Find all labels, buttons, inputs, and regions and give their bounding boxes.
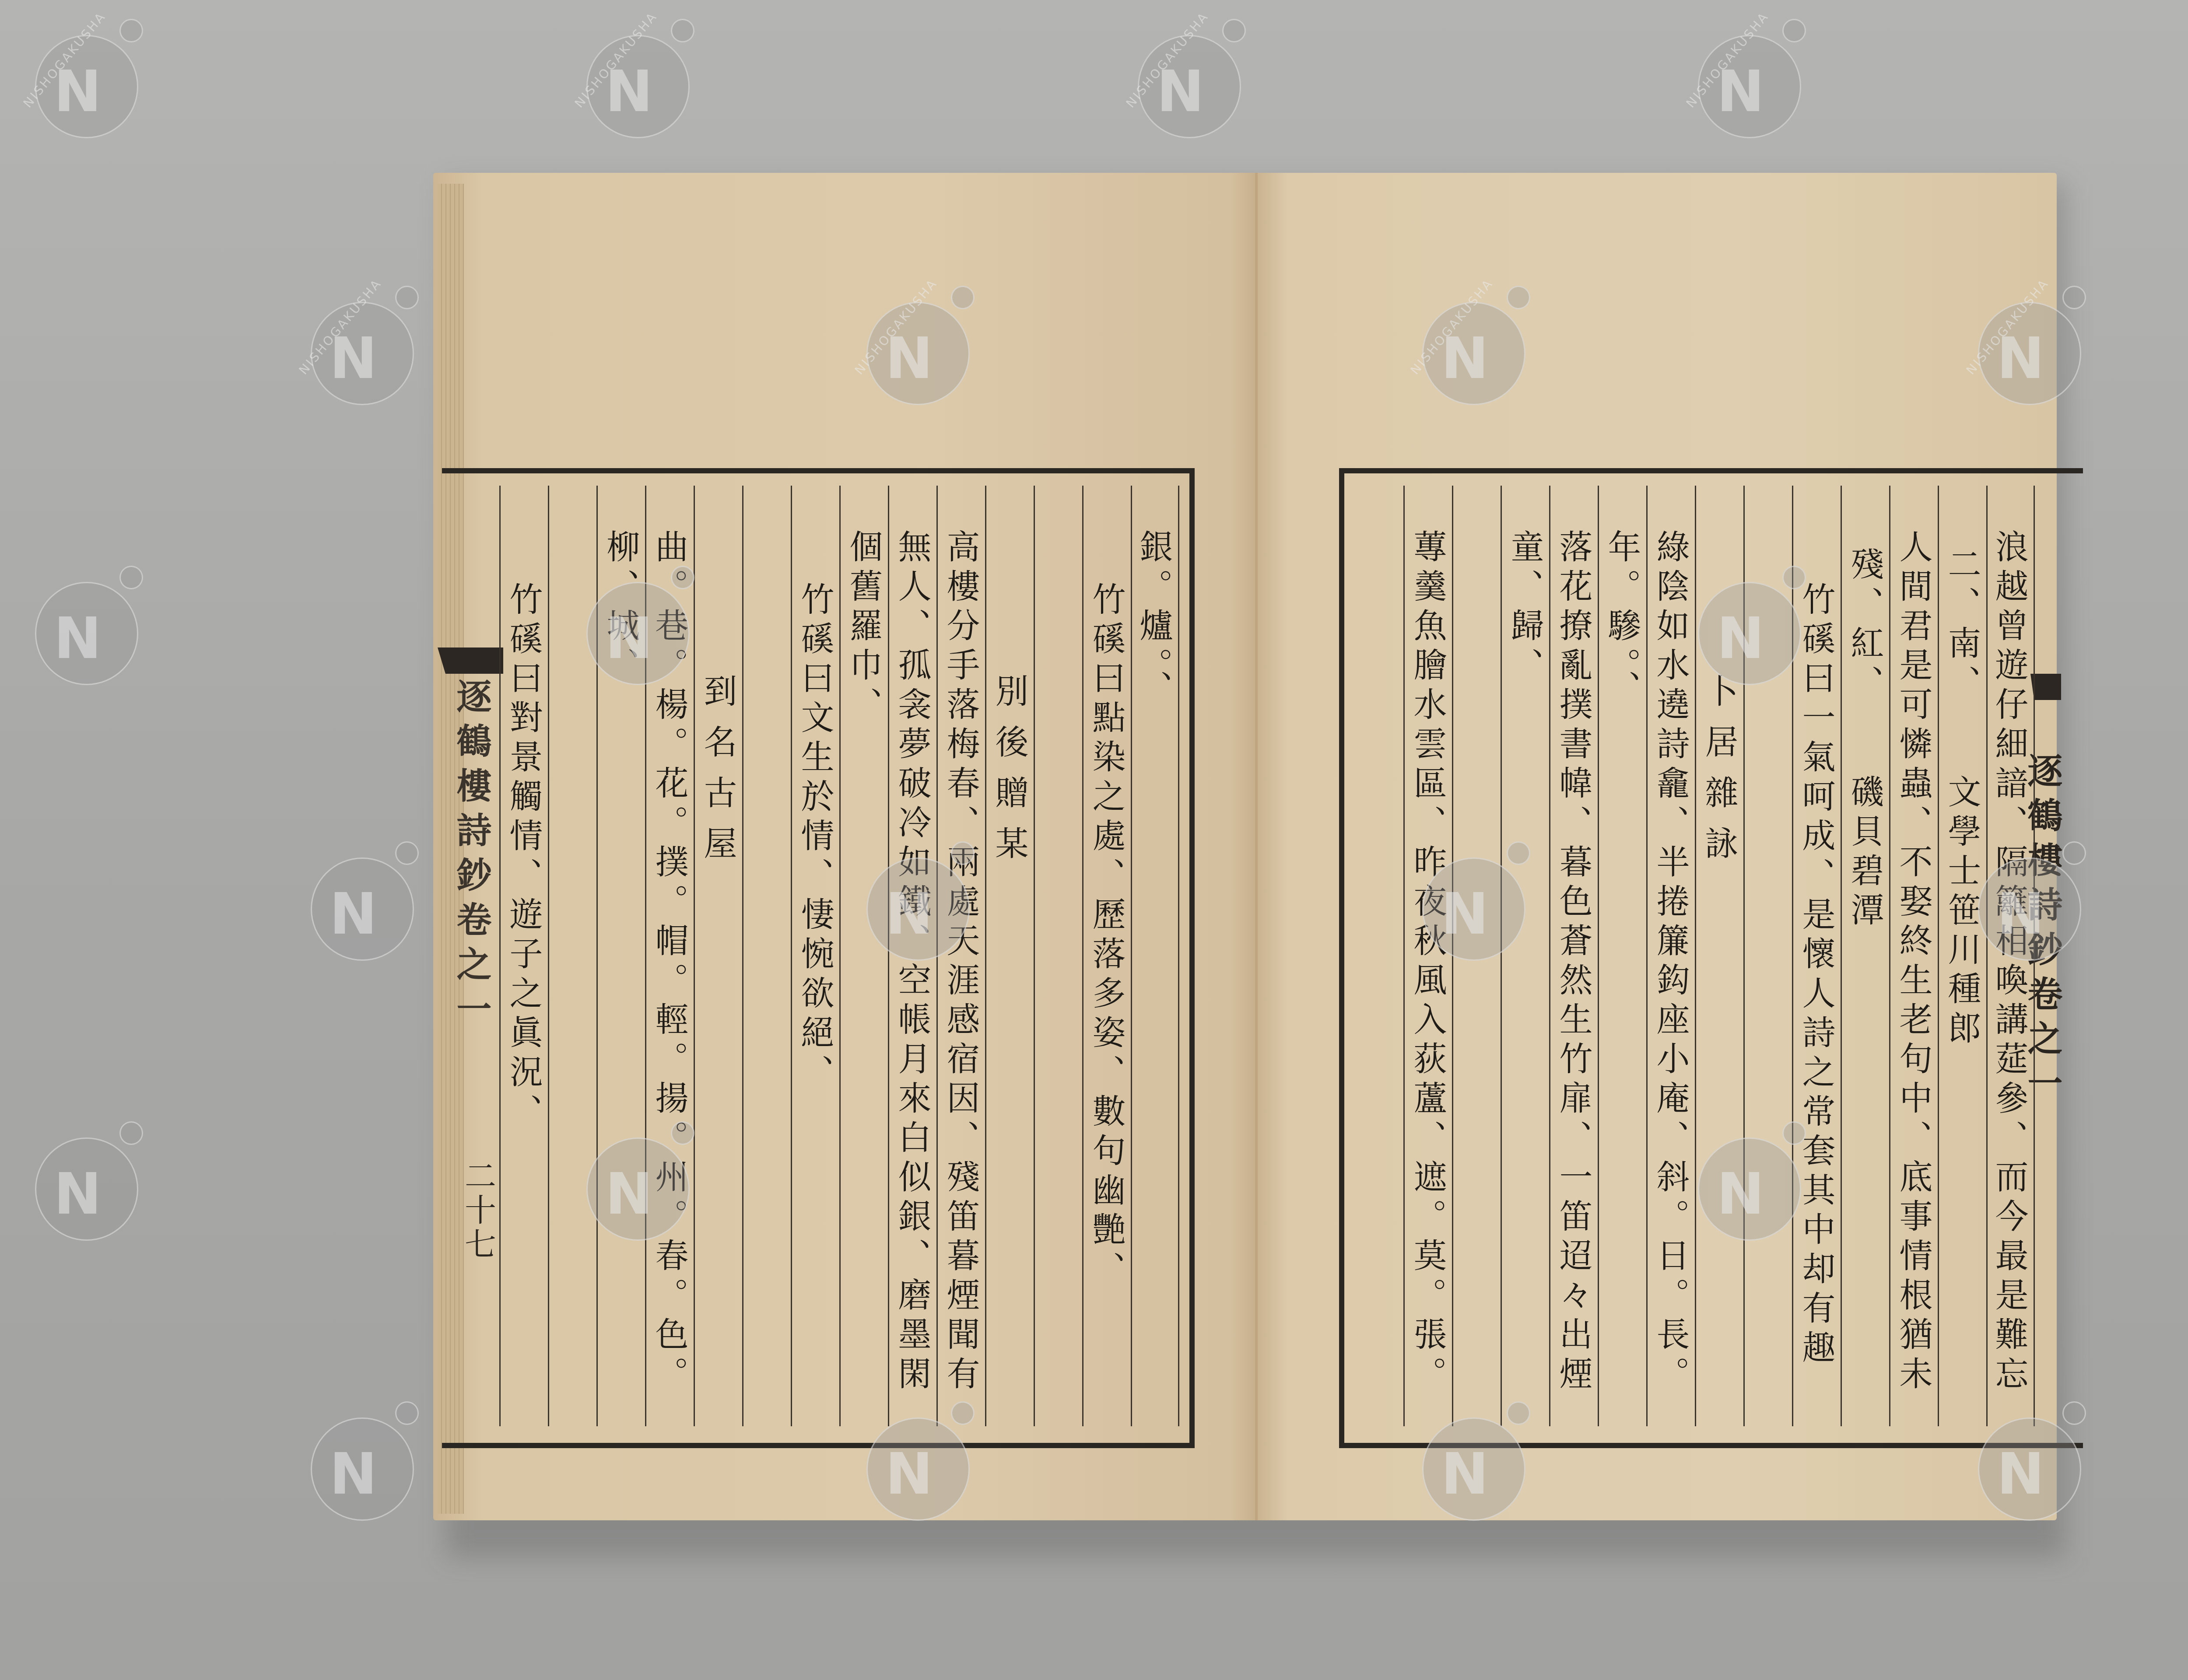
spine-title: 逐鶴樓詩鈔卷之一	[446, 678, 497, 1035]
poem-line: 童、歸、	[1501, 486, 1549, 1426]
poem-line: 綠陰如水遶詩龕、半捲簾鈎座小庵、斜。日。長。堤。春。欲。盡。柳。花。輕。撲。少。	[1646, 486, 1695, 1426]
author-name: 磯貝碧潭	[1845, 704, 1884, 932]
watermark-logo-icon: N	[1698, 1137, 1801, 1241]
poem-line: 人間君是可憐蟲、不娶終生老句中、底事情根猶未盡、斷腸花下泣	[1889, 486, 1938, 1426]
poem-line: 蓴羹魚膾水雲區、昨夜秋風入荻蘆、遮。莫。張。家。歸。思。急。一。灣。明。月。釣。	[1403, 486, 1452, 1426]
poem-line-end: 殘、紅、	[1845, 547, 1884, 704]
watermark-logo-icon: N	[35, 582, 138, 685]
poem-title: 別後贈某	[985, 486, 1034, 1426]
watermark-logo-icon: N	[311, 857, 414, 961]
fishtail-mark-right-icon	[2030, 674, 2061, 700]
page-number: 二十七	[455, 1159, 501, 1262]
text-column: 銀。爐。、	[1131, 486, 1179, 1426]
poem-line-end: 二、南、	[1943, 547, 1981, 704]
author-name: 文學士笹川種郎	[1943, 704, 1981, 1050]
watermark-logo-icon: N	[1422, 1417, 1525, 1521]
watermark-logo-icon: N	[1978, 1417, 2081, 1521]
blank-column	[742, 486, 791, 1426]
watermark-logo-icon: N	[586, 582, 690, 685]
watermark-logo-icon: N	[1698, 582, 1801, 685]
comment-column: 竹磎曰點染之處、歷落多姿、數句幽艷、	[1082, 486, 1131, 1426]
fishtail-mark-left-icon	[438, 647, 503, 674]
watermark-logo-icon: N	[35, 1137, 138, 1241]
poem-line-with-author: 二、南、文學士笹川種郎	[1938, 486, 1986, 1426]
poem-line: 年。驂。、	[1598, 486, 1646, 1426]
poem-line: 高樓分手落梅春、兩處天涯感宿因、殘笛暮煙聞有恨、素鐙微雨伴	[936, 486, 985, 1426]
watermark-logo-icon: N	[1422, 857, 1525, 961]
watermark-logo-icon: N	[586, 1137, 690, 1241]
poem-line: 落花撩亂撲書幃、暮色蒼然生竹扉、一笛迢々出煙際、夕陽牛背牧	[1549, 486, 1598, 1426]
book-gutter	[1255, 173, 1258, 1520]
comment-column: 竹磎曰文生於情、悽惋欲絕、	[791, 486, 839, 1426]
watermark-logo-icon: N	[311, 1417, 414, 1521]
watermark-logo-icon: N	[866, 1417, 970, 1521]
poem-title: 到名古屋	[694, 486, 742, 1426]
comment-column: 竹磎曰對景觸情、遊子之眞況、	[499, 486, 548, 1426]
poem-line: 個舊羅巾、	[839, 486, 888, 1426]
blank-column	[1034, 486, 1082, 1426]
poem-line-with-author: 殘、紅、磯貝碧潭	[1841, 486, 1889, 1426]
watermark-logo-icon: N	[866, 857, 970, 961]
watermark-logo-icon: N	[1978, 857, 2081, 961]
